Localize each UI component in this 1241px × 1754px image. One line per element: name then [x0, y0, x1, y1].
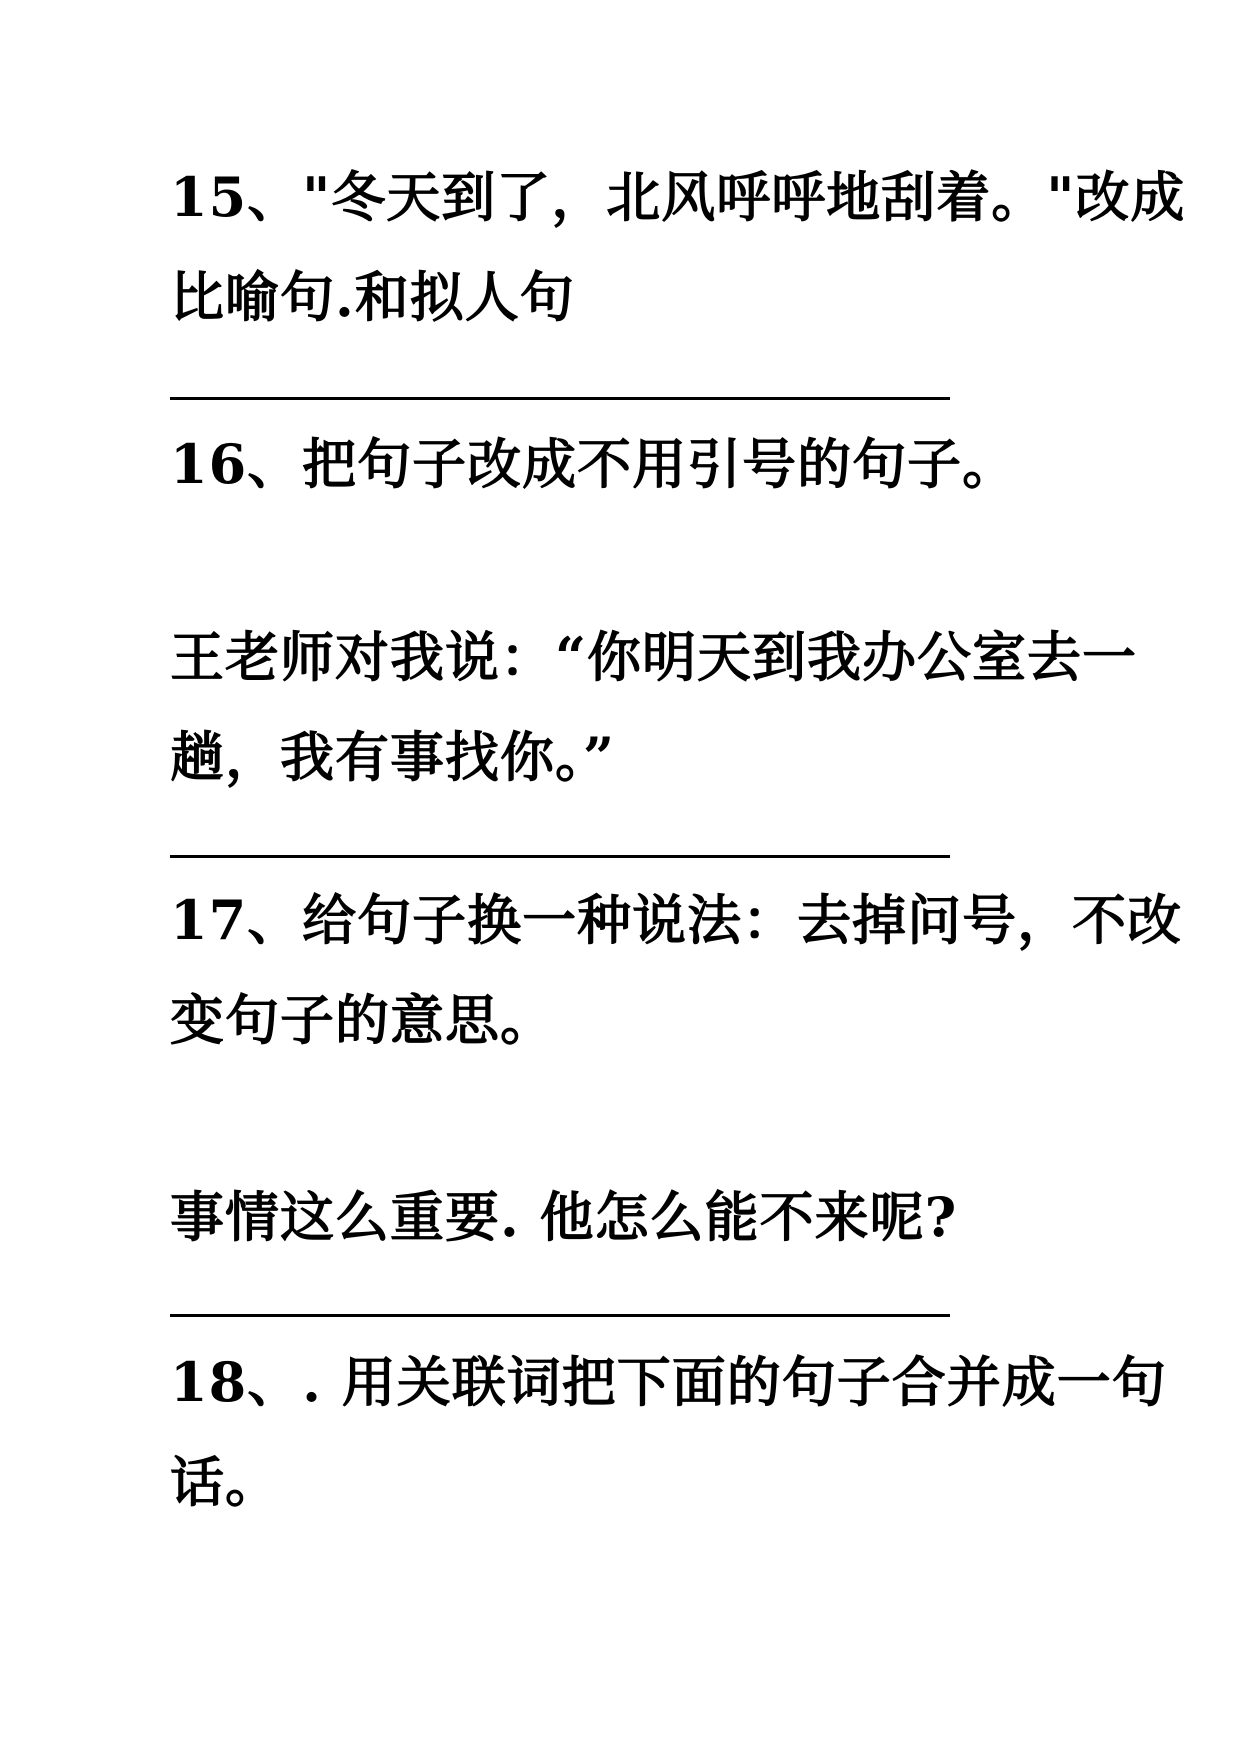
underscore-line: ______________________________ [170, 1267, 950, 1315]
underscore-line: ______________________________ [170, 350, 950, 398]
question-17-line-2: 变句子的意思。 [170, 970, 1181, 1070]
document-page: 15、"冬天到了，北风呼呼地刮着。"改成 比喻句.和拟人句 __________… [0, 0, 1241, 1754]
question-17-sentence-line-1: 事情这么重要. 他怎么能不来呢? [170, 1167, 1181, 1267]
answer-blank-line-3: ______________________________ [170, 1267, 950, 1317]
question-16-sentence-line-2: 趟，我有事找你。” [170, 707, 1181, 807]
question-16-example-sentence: 王老师对我说：“你明天到我办公室去一 趟，我有事找你。” [170, 607, 1181, 807]
answer-blank-line-1: ______________________________ [170, 350, 950, 400]
question-15-line-2: 比喻句.和拟人句 [170, 247, 1181, 347]
question-18-line-2: 话。 [170, 1432, 1181, 1532]
question-16-line-1: 16、把句子改成不用引号的句子。 [170, 414, 1181, 514]
document-content: 15、"冬天到了，北风呼呼地刮着。"改成 比喻句.和拟人句 __________… [0, 147, 1241, 1532]
question-17-line-1: 17、给句子换一种说法：去掉问号，不改 [170, 870, 1181, 970]
answer-blank-line-2: ______________________________ [170, 808, 950, 858]
question-16: 16、把句子改成不用引号的句子。 [170, 414, 1181, 514]
question-18: 18、. 用关联词把下面的句子合并成一句 话。 [170, 1332, 1181, 1532]
question-17: 17、给句子换一种说法：去掉问号，不改 变句子的意思。 [170, 870, 1181, 1070]
question-16-sentence-line-1: 王老师对我说：“你明天到我办公室去一 [170, 607, 1181, 707]
question-15-line-1: 15、"冬天到了，北风呼呼地刮着。"改成 [170, 147, 1181, 247]
question-18-line-1: 18、. 用关联词把下面的句子合并成一句 [170, 1332, 1181, 1432]
underscore-line: ______________________________ [170, 808, 950, 856]
question-17-example-sentence: 事情这么重要. 他怎么能不来呢? [170, 1167, 1181, 1267]
question-15: 15、"冬天到了，北风呼呼地刮着。"改成 比喻句.和拟人句 [170, 147, 1181, 347]
